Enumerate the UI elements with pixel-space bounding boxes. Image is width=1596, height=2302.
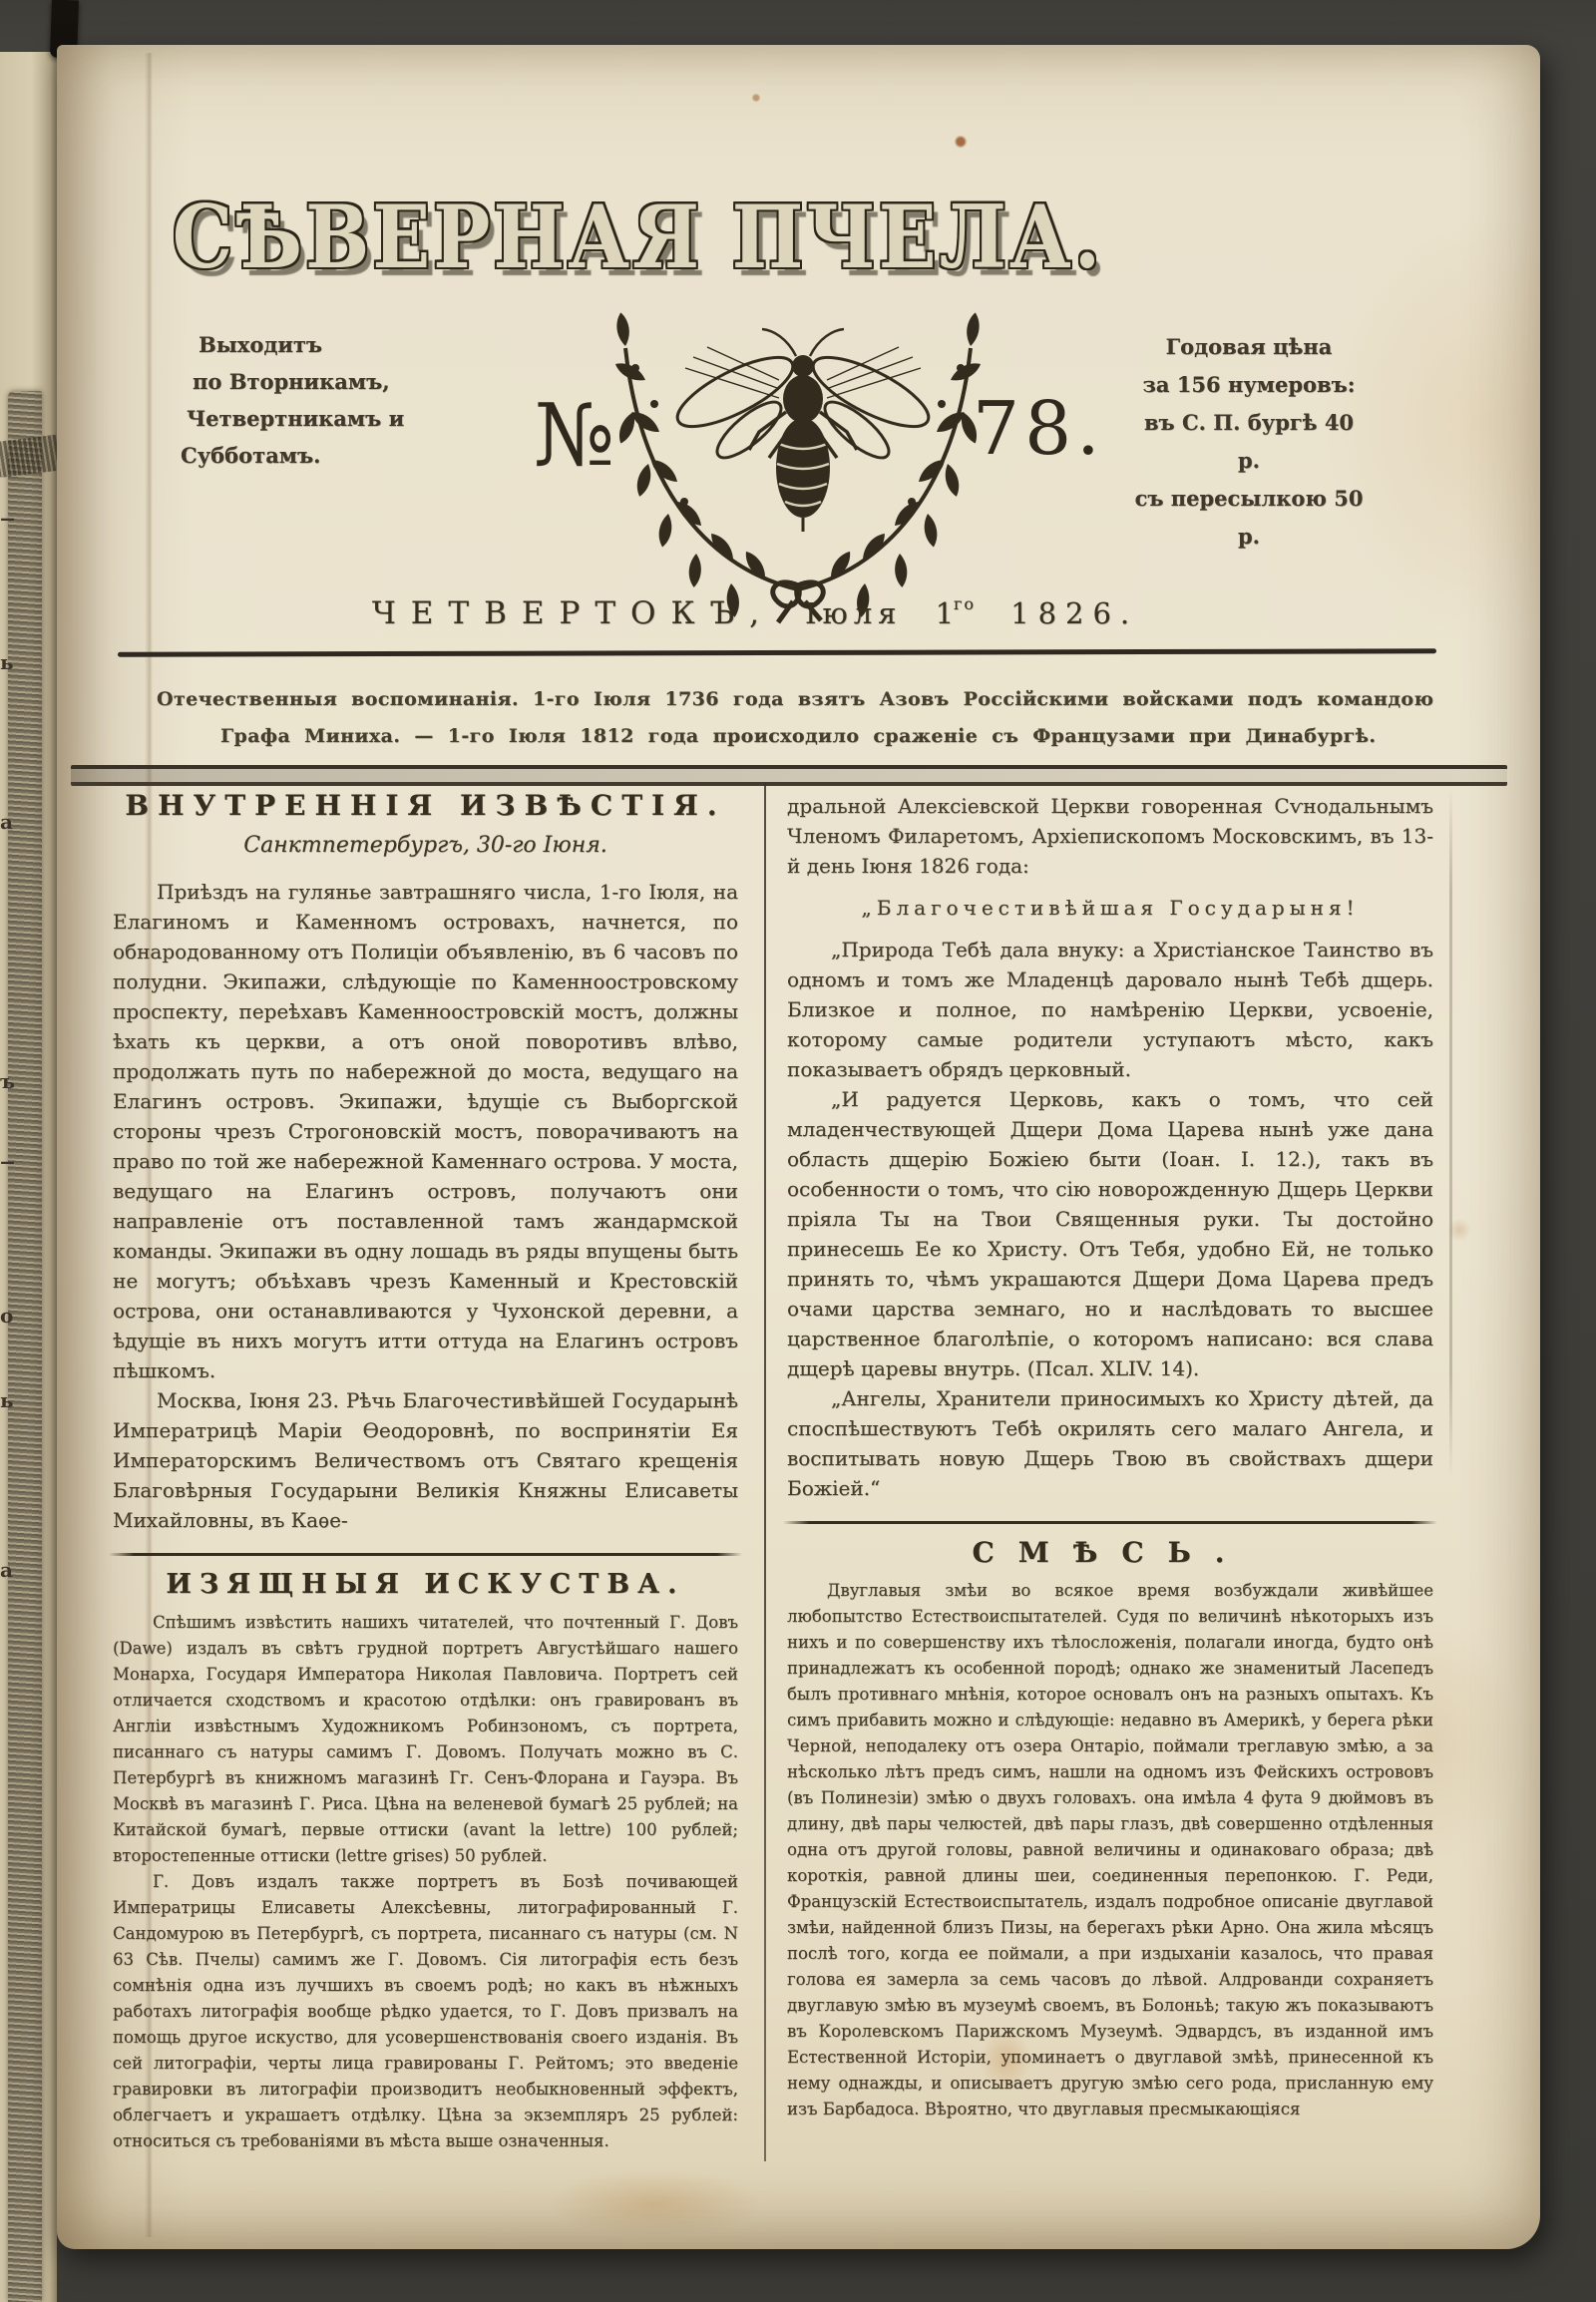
article-paragraph: Двуглавыя змѣи во всякое время возбуждал… (787, 1578, 1433, 2122)
article-paragraph: Москва, Іюня 23. Рѣчь Благочестивѣйшей Г… (113, 1385, 738, 1535)
article-paragraph-continuation: дральной Алексіевской Церкви говоренная … (787, 791, 1433, 881)
horizontal-rule (118, 648, 1436, 656)
schedule-line: Выходитъ (199, 326, 438, 363)
section-divider-rule (783, 1521, 1437, 1524)
section-header-domestic-news: ВНУТРЕННІЯ ИЗВѢСТІЯ. (113, 791, 738, 821)
bee-wreath-icon (554, 280, 1052, 624)
gutter-letter-fragment: — (0, 506, 14, 530)
laurel-branch-right (826, 311, 984, 617)
price-line: въ С. П. бургѣ 40 р. (1134, 404, 1364, 480)
previous-page-edge: — ь а ъ — о ь а (0, 52, 57, 2302)
bee-wreath-vignette (554, 280, 1052, 624)
gutter-letter-fragment: а (0, 1558, 14, 1582)
section-header-miscellany: СМѢСЬ. (787, 1538, 1433, 1568)
publication-schedule: Выходитъ по Вторникамъ, Четвертникамъ и … (199, 326, 438, 474)
article-paragraph: „Природа Тебѣ дала внуку: а Христіанское… (787, 935, 1433, 1084)
double-rule (71, 765, 1507, 786)
anniversary-note: Отечественныя воспоминанія. 1-го Іюля 17… (157, 681, 1489, 755)
price-line: за 156 нумеровъ: (1134, 366, 1364, 404)
paper-fold-shadow (1449, 788, 1452, 1476)
gutter-letter-fragment: ь (0, 1388, 14, 1412)
gutter-letter-fragment: — (0, 1149, 14, 1173)
previous-page-border-strip (8, 391, 42, 2302)
bee-icon (668, 329, 937, 532)
dateline: ЧЕТВЕРТОКЪ, Іюля 1го 1826. (246, 594, 1264, 631)
schedule-line: по Вторникамъ, (193, 363, 438, 400)
article-paragraph: „И радуется Церковь, какъ о томъ, что се… (787, 1084, 1433, 1383)
gutter-letter-fragment: о (0, 1304, 14, 1328)
section-divider-rule (109, 1553, 742, 1556)
subscription-price: Годовая цѣна за 156 нумеровъ: въ С. П. б… (1134, 328, 1364, 556)
schedule-line: Субботамъ. (181, 437, 438, 474)
newspaper-title: СѢВЕРНАЯ ПЧЕЛА. (172, 187, 1104, 287)
laurel-branch-left (612, 311, 770, 617)
gutter-letter-fragment: а (0, 810, 14, 834)
section-header-fine-arts: ИЗЯЩНЫЯ ИСКУСТВА. (113, 1570, 738, 1600)
gutter-letter-fragment: ъ (0, 1069, 14, 1093)
column-right: дральной Алексіевской Церкви говоренная … (787, 791, 1433, 2122)
article-paragraph: Спѣшимъ извѣстить нашихъ читателей, что … (113, 1610, 738, 1869)
schedule-line: Четвертникамъ и (187, 400, 438, 437)
column-left: ВНУТРЕННІЯ ИЗВѢСТІЯ. Санктпетербургъ, 30… (113, 791, 738, 2154)
article-paragraph: Приѣздъ на гулянье завтрашняго числа, 1-… (113, 877, 738, 1385)
price-line: Годовая цѣна (1134, 328, 1364, 366)
dateline-month: Іюля (805, 596, 902, 630)
article-paragraph: „Ангелы, Хранители приносимыхъ ко Христу… (787, 1383, 1433, 1503)
dateline-day: ЧЕТВЕРТОКЪ, (372, 595, 774, 631)
newspaper-sheet: СѢВЕРНАЯ ПЧЕЛА. Выходитъ по Вторникамъ, … (57, 45, 1540, 2249)
column-divider-rule (764, 783, 766, 2161)
article-paragraph: Г. Довъ издалъ также портретъ въ Бозѣ по… (113, 1869, 738, 2154)
speech-salutation: „Благочестивѣйшая Государыня! (787, 893, 1433, 923)
scanned-newspaper-page: — ь а ъ — о ь а СѢВЕРНАЯ ПЧЕЛА. Выходитъ… (0, 0, 1596, 2302)
dateline-ordinal: го (954, 594, 976, 613)
price-line: съ пересылкою 50 р. (1134, 480, 1364, 556)
section-subheader-stpetersburg: Санктпетербургъ, 30-го Іюня. (113, 831, 738, 861)
dateline-daynum: 1 (936, 596, 954, 630)
dateline-year: 1826. (1010, 596, 1138, 630)
gutter-letter-fragment: ь (0, 650, 14, 674)
